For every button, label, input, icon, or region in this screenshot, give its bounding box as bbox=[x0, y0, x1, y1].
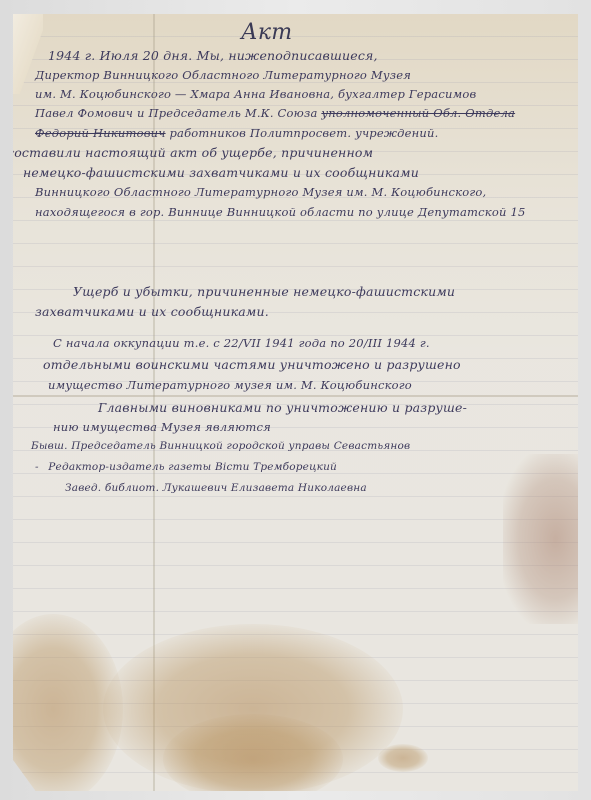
body-line-4: Главными виновниками по уничтожению и ра… bbox=[98, 400, 467, 415]
header-line-7: немецко-фашистскими захватчиками и их со… bbox=[23, 165, 419, 180]
header-line-5: Федорий Никитович работников Политпросве… bbox=[35, 126, 438, 140]
struck-text-1: уполномоченный Обл. Отдела bbox=[321, 106, 515, 120]
section-heading-2: захватчиками и их сообщниками. bbox=[35, 304, 269, 319]
header-line-3: им. М. Коцюбинского — Хмара Анна Ивановн… bbox=[35, 87, 476, 101]
header-line-4-text: Павел Фомович и Председатель М.К. Союза bbox=[35, 106, 318, 120]
struck-text-2: Федорий Никитович bbox=[35, 126, 166, 140]
header-line-1: 1944 г. Июля 20 дня. Мы, нижеподписавшие… bbox=[48, 48, 378, 63]
header-line-8: Винницкого Областного Литературного Музе… bbox=[35, 185, 486, 199]
section-heading-1: Ущерб и убытки, причиненные немецко-фаши… bbox=[73, 284, 455, 299]
header-line-5-text: работников Политпросвет. учреждений. bbox=[169, 126, 438, 140]
culprit-2: - Редактор-издатель газеты Вісти Трембор… bbox=[35, 461, 337, 473]
water-stain-right bbox=[503, 454, 578, 624]
header-line-2: Директор Винницкого Областного Литератур… bbox=[35, 68, 411, 82]
culprit-2-text: Редактор-издатель газеты Вісти Тремборец… bbox=[48, 461, 337, 473]
document-sheet: Акт 1944 г. Июля 20 дня. Мы, нижеподписа… bbox=[13, 14, 578, 791]
body-line-5: нию имущества Музея являются bbox=[53, 420, 271, 434]
body-line-2: отдельными воинскими частями уничтожено … bbox=[43, 357, 461, 372]
document-title: Акт bbox=[241, 20, 292, 45]
culprit-2-mark: - bbox=[35, 461, 39, 473]
header-line-4: Павел Фомович и Председатель М.К. Союза … bbox=[35, 106, 515, 120]
body-line-3: имущество Литературного музея им. М. Коц… bbox=[48, 378, 412, 392]
folded-corner bbox=[13, 14, 43, 94]
body-line-1: С начала оккупации т.е. с 22/VII 1941 го… bbox=[53, 336, 430, 350]
header-line-9: находящегося в гор. Виннице Винницкой об… bbox=[35, 205, 525, 219]
culprit-1: Бывш. Председатель Винницкой городской у… bbox=[31, 440, 410, 452]
horizontal-fold-crease bbox=[13, 395, 578, 397]
header-line-6: составили настоящий акт об ущербе, причи… bbox=[13, 145, 373, 160]
water-stain-small bbox=[378, 744, 428, 772]
culprit-3: Завед. библиот. Лукашевич Елизавета Нико… bbox=[65, 482, 367, 494]
